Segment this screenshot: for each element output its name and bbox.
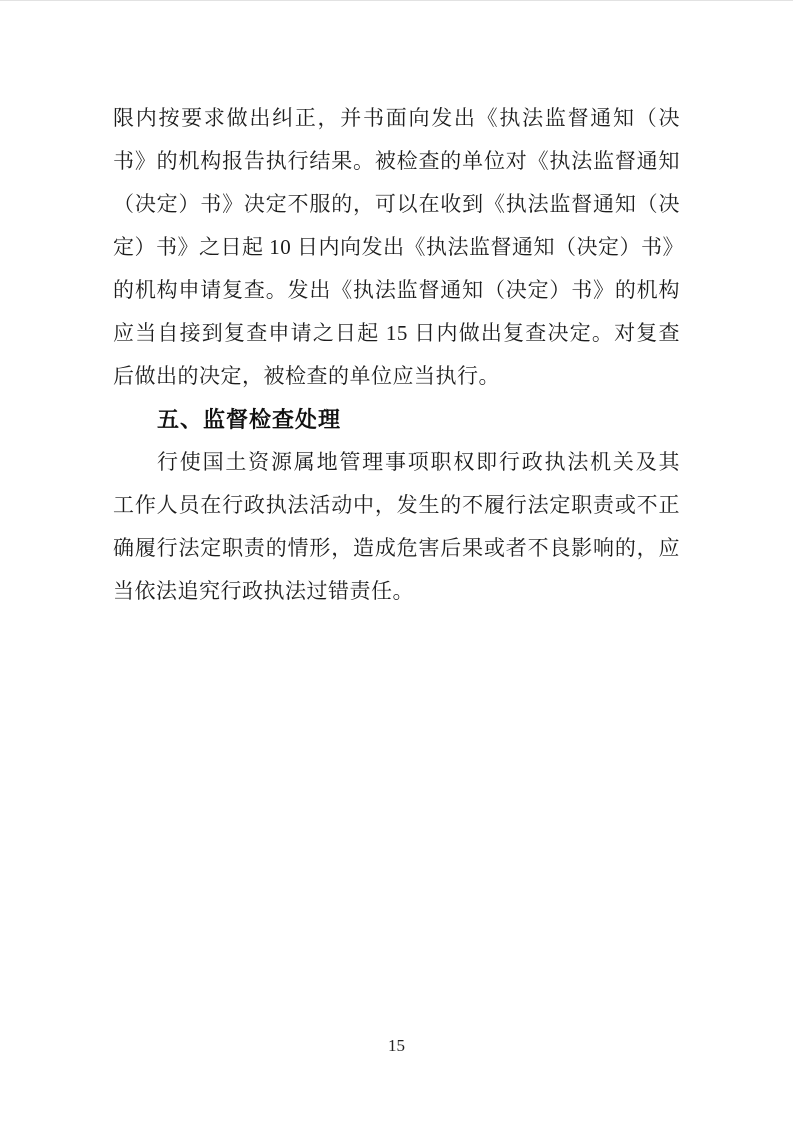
text-line: 确履行法定职责的情形，造成危害后果或者不良影响的，应 [113, 527, 680, 570]
text-line: 工作人员在行政执法活动中，发生的不履行法定职责或不正 [113, 484, 680, 527]
section-heading: 五、监督检查处理 [113, 398, 680, 441]
text-line: 的机构申请复查。发出《执法监督通知（决定）书》的机构 [113, 269, 680, 312]
text-line: 限内按要求做出纠正，并书面向发出《执法监督通知（决定） [113, 97, 680, 140]
text-line: 书》的机构报告执行结果。被检查的单位对《执法监督通知 [113, 140, 680, 183]
page-number: 15 [0, 1033, 793, 1059]
paragraph-continuation: 限内按要求做出纠正，并书面向发出《执法监督通知（决定） 书》的机构报告执行结果。… [113, 97, 680, 398]
text-line: 应当自接到复查申请之日起 15 日内做出复查决定。对复查 [113, 312, 680, 355]
text-line: 定）书》之日起 10 日内向发出《执法监督通知（决定）书》 [113, 226, 680, 269]
text-line: 行使国土资源属地管理事项职权即行政执法机关及其 [113, 441, 680, 484]
text-line: 当依法追究行政执法过错责任。 [113, 570, 680, 613]
text-line: （决定）书》决定不服的，可以在收到《执法监督通知（决 [113, 183, 680, 226]
text-line: 后做出的决定，被检查的单位应当执行。 [113, 355, 680, 398]
document-page: 限内按要求做出纠正，并书面向发出《执法监督通知（决定） 书》的机构报告执行结果。… [0, 0, 793, 1122]
section-paragraph: 行使国土资源属地管理事项职权即行政执法机关及其 工作人员在行政执法活动中，发生的… [113, 441, 680, 613]
document-body: 限内按要求做出纠正，并书面向发出《执法监督通知（决定） 书》的机构报告执行结果。… [113, 97, 680, 613]
